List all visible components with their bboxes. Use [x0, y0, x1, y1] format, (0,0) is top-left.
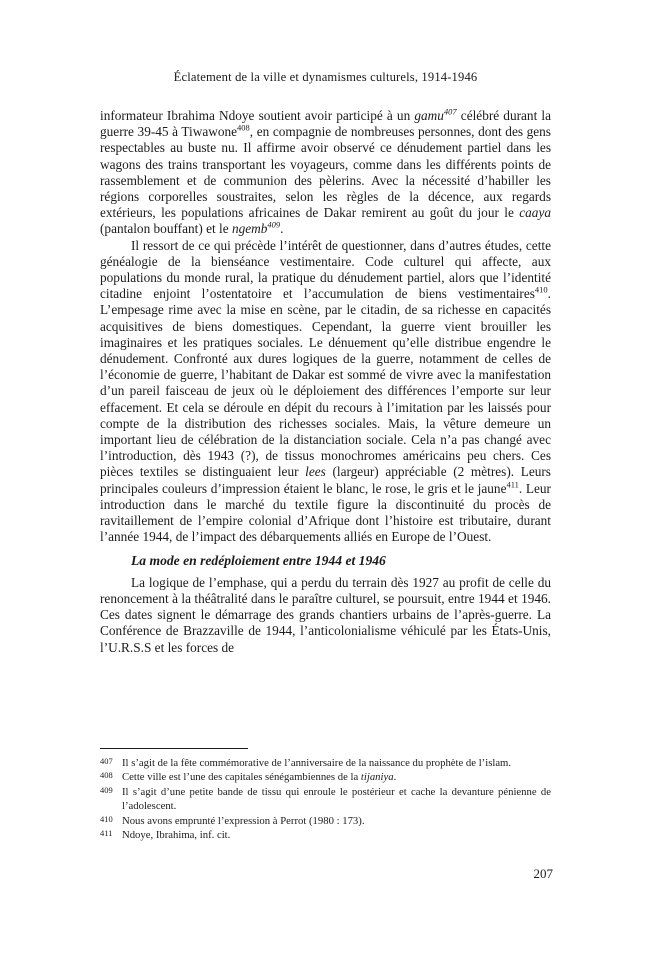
footnote-item-407: 407 Il s’agit de la fête commémorative d… [100, 756, 551, 770]
footnote-text: Il s’agit d’une petite bande de tissu qu… [122, 786, 551, 812]
document-page: Éclatement de la ville et dynamismes cul… [0, 0, 650, 966]
footnote-item-410: 410 Nous avons emprunté l’expression à P… [100, 814, 551, 828]
footnote-text: Cette ville est l’une des capitales séné… [122, 771, 396, 783]
footnote-number: 409 [100, 783, 113, 797]
footnote-text: Il s’agit de la fête commémorative de l’… [122, 757, 511, 769]
footnote-number: 411 [100, 826, 112, 840]
paragraph-main: Il ressort de ce qui précède l’intérêt d… [100, 238, 551, 546]
paragraph-opening: informateur Ibrahima Ndoye soutient avoi… [100, 108, 551, 238]
footnotes-section: 407 Il s’agit de la fête commémorative d… [100, 748, 551, 842]
footnote-number: 408 [100, 768, 113, 782]
footnote-item-411: 411 Ndoye, Ibrahima, inf. cit. [100, 828, 551, 842]
footnote-separator [100, 748, 248, 749]
footnote-item-408: 408 Cette ville est l’une des capitales … [100, 770, 551, 784]
footnote-item-409: 409 Il s’agit d’une petite bande de tiss… [100, 785, 551, 814]
paragraph-after-heading: La logique de l’emphase, qui a perdu du … [100, 575, 551, 656]
footnote-number: 410 [100, 812, 113, 826]
footnote-text: Ndoye, Ibrahima, inf. cit. [122, 829, 230, 841]
footnote-text: Nous avons emprunté l’expression à Perro… [122, 815, 365, 827]
page-number: 207 [100, 866, 553, 882]
body-text: informateur Ibrahima Ndoye soutient avoi… [100, 108, 551, 656]
footnote-number: 407 [100, 754, 113, 768]
running-header: Éclatement de la ville et dynamismes cul… [100, 70, 551, 85]
section-heading: La mode en redéploiement entre 1944 et 1… [131, 553, 551, 569]
